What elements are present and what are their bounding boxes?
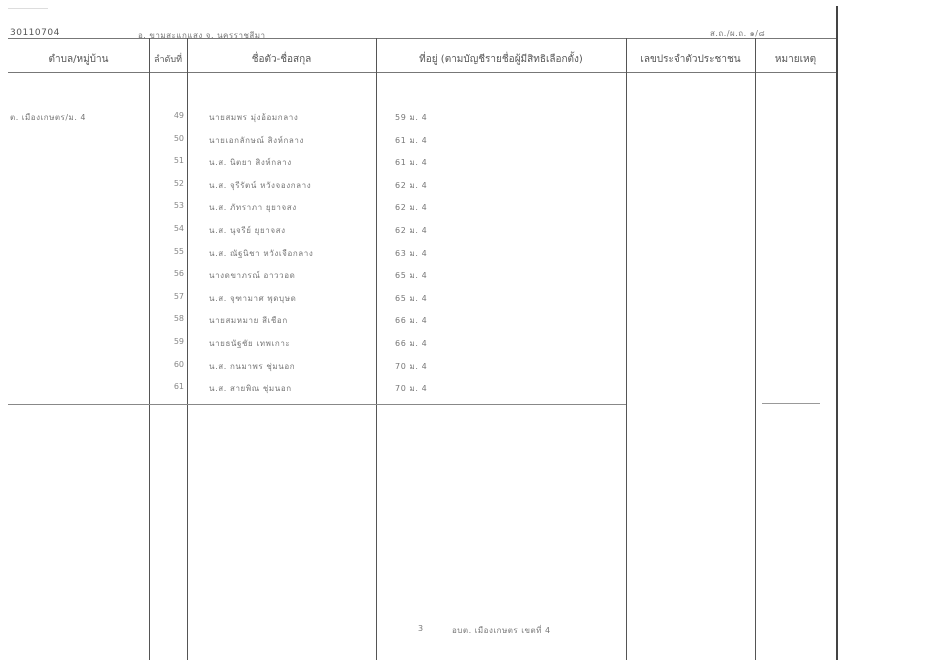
row-number: 58 bbox=[158, 314, 184, 323]
header-address: ที่อยู่ (ตามบัญชีรายชื่อผู้มีสิทธิเลือกต… bbox=[376, 52, 626, 67]
footer-unit: อบต. เมืองเกษตร เขตที่ 4 bbox=[452, 624, 551, 637]
end-of-list-line bbox=[8, 404, 626, 405]
col-divider-5 bbox=[755, 38, 756, 660]
row-number: 56 bbox=[158, 269, 184, 278]
header-name: ชื่อตัว-ชื่อสกุล bbox=[187, 52, 376, 67]
row-number: 52 bbox=[158, 179, 184, 188]
col-divider-4 bbox=[626, 38, 627, 660]
row-name: น.ส. นิตยา สิงห์กลาง bbox=[209, 156, 292, 169]
row-address: 63 ม. 4 bbox=[395, 247, 427, 260]
scan-mark bbox=[8, 8, 48, 9]
row-name: น.ส. ณัฐนิชา หวังเจือกลาง bbox=[209, 247, 313, 260]
row-address: 61 ม. 4 bbox=[395, 156, 427, 169]
row-name: น.ส. จุรีรัตน์ หวังจองกลาง bbox=[209, 179, 311, 192]
row-address: 65 ม. 4 bbox=[395, 269, 427, 282]
col-divider-1 bbox=[149, 38, 150, 660]
row-number: 53 bbox=[158, 201, 184, 210]
document-code: 30110704 bbox=[10, 28, 60, 38]
remark-end-line bbox=[762, 403, 820, 404]
row-number: 49 bbox=[158, 111, 184, 120]
row-name: น.ส. ภัทราภา ยุยาจสง bbox=[209, 201, 297, 214]
subdistrict-label: ต. เมืองเกษตร/ม. 4 bbox=[10, 111, 86, 124]
row-number: 57 bbox=[158, 292, 184, 301]
row-number: 51 bbox=[158, 156, 184, 165]
right-border bbox=[836, 6, 838, 660]
col-divider-2 bbox=[187, 38, 188, 660]
row-number: 55 bbox=[158, 247, 184, 256]
row-address: 70 ม. 4 bbox=[395, 382, 427, 395]
row-address: 70 ม. 4 bbox=[395, 360, 427, 373]
row-address: 61 ม. 4 bbox=[395, 134, 427, 147]
header-remark: หมายเหตุ bbox=[755, 52, 836, 67]
table-top-border bbox=[8, 38, 836, 39]
header-order: ลำดับที่ bbox=[149, 52, 187, 66]
row-number: 59 bbox=[158, 337, 184, 346]
row-address: 66 ม. 4 bbox=[395, 314, 427, 327]
row-number: 60 bbox=[158, 360, 184, 369]
col-divider-3 bbox=[376, 38, 377, 660]
row-address: 59 ม. 4 bbox=[395, 111, 427, 124]
row-address: 66 ม. 4 bbox=[395, 337, 427, 350]
row-name: น.ส. กนมาพร ชุ่มนอก bbox=[209, 360, 295, 373]
row-name: นางดขาภรณ์ อาววอด bbox=[209, 269, 295, 282]
row-number: 54 bbox=[158, 224, 184, 233]
row-name: น.ส. นุจรีย์ ยุยาจสง bbox=[209, 224, 286, 237]
row-address: 62 ม. 4 bbox=[395, 201, 427, 214]
row-address: 62 ม. 4 bbox=[395, 179, 427, 192]
header-bottom-border bbox=[8, 72, 836, 73]
row-name: น.ส. จุฑามาศ พุดบุษด bbox=[209, 292, 296, 305]
row-number: 61 bbox=[158, 382, 184, 391]
row-number: 50 bbox=[158, 134, 184, 143]
header-subdistrict: ตำบล/หมู่บ้าน bbox=[8, 52, 149, 67]
footer-page-number: 3 bbox=[418, 624, 424, 633]
row-name: นายสมหมาย สีเชือก bbox=[209, 314, 288, 327]
row-address: 62 ม. 4 bbox=[395, 224, 427, 237]
row-name: น.ส. สายพิณ ชุ่มนอก bbox=[209, 382, 292, 395]
row-name: นายเอกลักษณ์ สิงห์กลาง bbox=[209, 134, 304, 147]
row-address: 65 ม. 4 bbox=[395, 292, 427, 305]
row-name: นายธนัฐชัย เทพเกาะ bbox=[209, 337, 290, 350]
header-id-number: เลขประจำตัวประชาชน bbox=[626, 52, 755, 67]
row-name: นายสมพร มุ่งอ้อมกลาง bbox=[209, 111, 298, 124]
district-line: อ. ขามสะแกแสง จ. นครราชสีมา bbox=[138, 29, 266, 42]
